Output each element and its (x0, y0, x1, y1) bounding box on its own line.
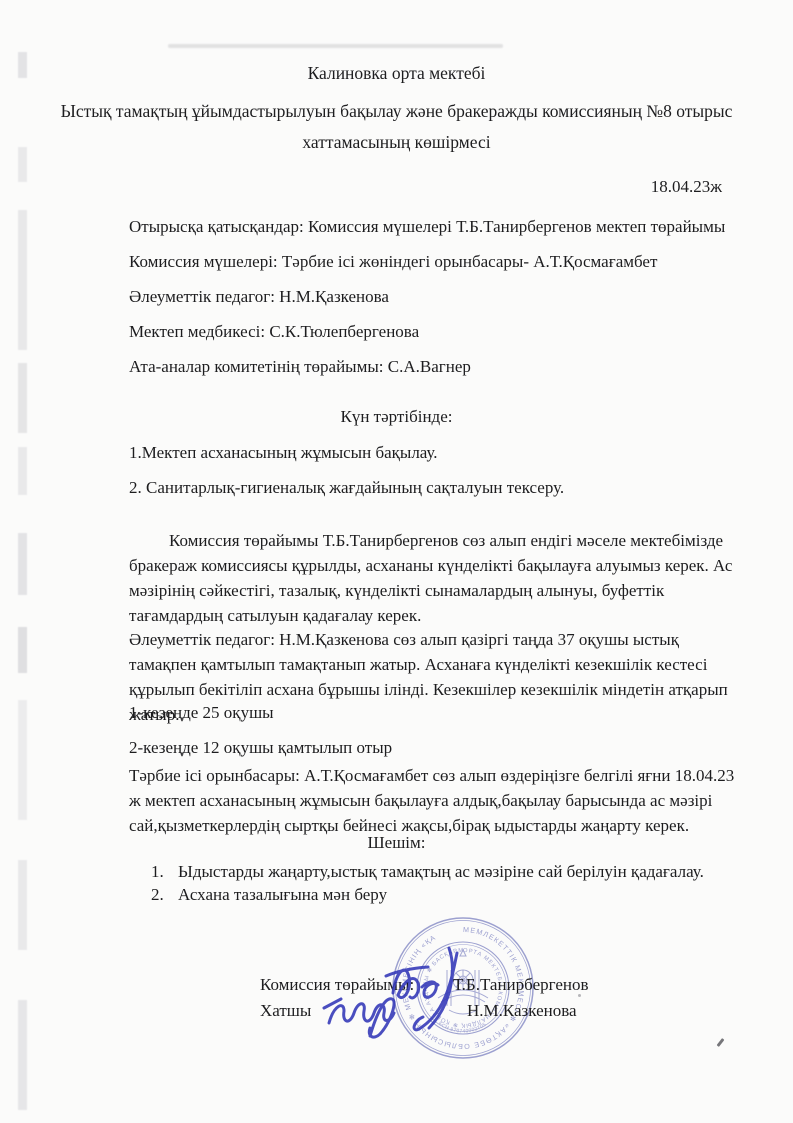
agenda-list: 1.Мектеп асханасының жұмысын бақылау. 2.… (129, 442, 749, 512)
participant-line: Әлеуметтік педагог: Н.М.Қазкенова (129, 286, 749, 307)
decision-item-number: 1. (151, 860, 178, 883)
participant-line: Ата-аналар комитетінің төрайымы: С.А.Ваг… (129, 356, 749, 377)
scan-edge-artifact (18, 533, 27, 595)
paragraph-deputy: Тәрбие ісі орынбасары: А.Т.Қосмағамбет с… (129, 763, 741, 838)
decision-item-text: Ыдыстарды жаңарту,ыстық тамақтың ас мәзі… (178, 860, 704, 883)
scan-smear-artifact (168, 44, 503, 48)
decision-heading: Шешім: (0, 833, 793, 853)
scan-edge-artifact (18, 210, 27, 350)
decision-item-text: Асхана тазалығына мән беру (178, 883, 387, 906)
agenda-item: 1.Мектеп асханасының жұмысын бақылау. (129, 442, 749, 463)
participants-list: Отырысқа қатысқандар: Комиссия мүшелері … (129, 216, 749, 391)
scan-edge-artifact (18, 700, 27, 820)
stage2-line: 2-кезеңде 12 оқушы қамтылып отыр (129, 735, 741, 760)
scan-edge-artifact (18, 147, 27, 182)
document-date: 18.04.23ж (651, 177, 722, 197)
scan-edge-artifact (18, 1000, 27, 1110)
scan-edge-artifact (18, 860, 27, 950)
scan-edge-artifact (18, 447, 27, 495)
scan-speck-artifact (717, 1038, 725, 1047)
participant-line: Комиссия мүшелері: Тәрбие ісі жөніндегі … (129, 251, 749, 272)
signature-label-secretary: Хатшы (260, 1001, 311, 1021)
paragraph-chairman: Комиссия төрайымы Т.Б.Танирбергенов сөз … (129, 528, 741, 628)
school-title: Калиновка орта мектебі (0, 63, 793, 84)
document-title-line1: Ыстық тамақтың ұйымдастырылуын бақылау ж… (61, 101, 733, 121)
stage1-line: 1-кезеңде 25 оқушы (129, 700, 741, 725)
scanned-protocol-document: Калиновка орта мектебі Ыстық тамақтың ұй… (0, 0, 793, 1123)
document-title: Ыстық тамақтың ұйымдастырылуын бақылау ж… (60, 96, 733, 158)
document-title-line2: хаттамасының көшірмесі (302, 132, 490, 152)
agenda-item: 2. Санитарлық-гигиеналық жағдайының сақт… (129, 477, 749, 498)
participant-line: Мектеп медбикесі: С.К.Тюлепбергенова (129, 321, 749, 342)
participant-line: Отырысқа қатысқандар: Комиссия мүшелері … (129, 216, 749, 237)
agenda-heading: Күн тәртібінде: (0, 407, 793, 427)
decision-list: 1. Ыдыстарды жаңарту,ыстық тамақтың ас м… (151, 860, 731, 906)
signature-ink (310, 935, 570, 1055)
scan-edge-artifact (18, 627, 27, 673)
decision-item-number: 2. (151, 883, 178, 906)
decision-item: 2. Асхана тазалығына мән беру (151, 883, 731, 906)
decision-item: 1. Ыдыстарды жаңарту,ыстық тамақтың ас м… (151, 860, 731, 883)
